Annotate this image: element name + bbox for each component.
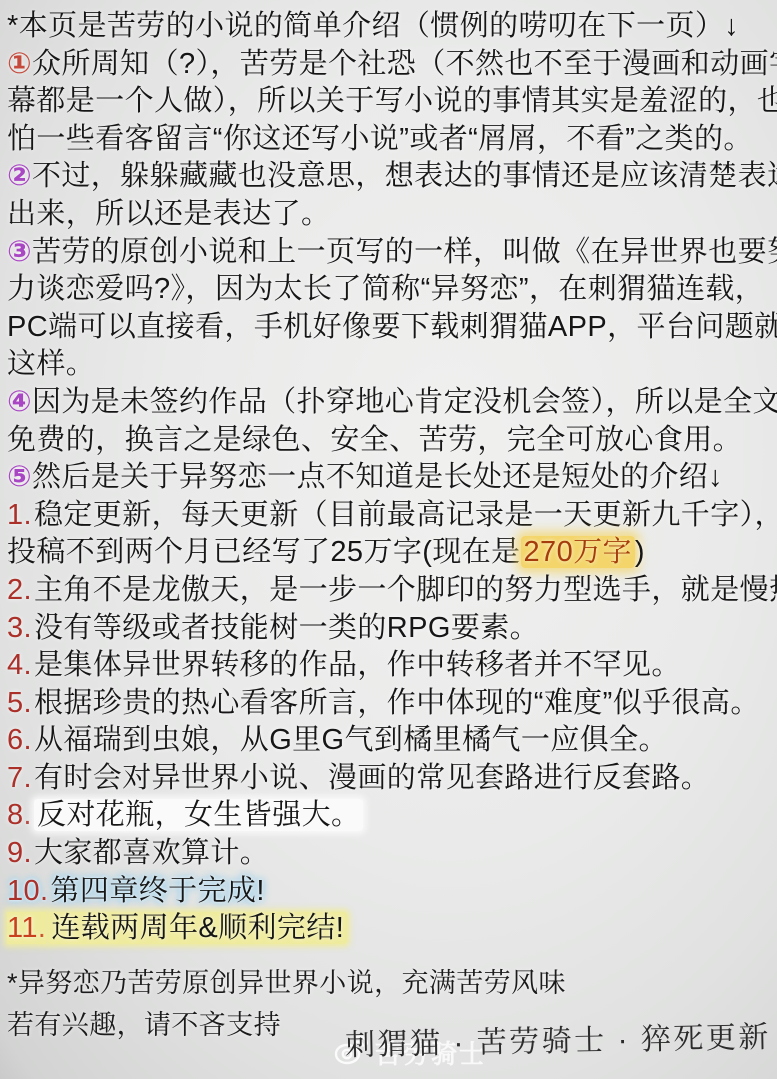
line-marker: 1.	[7, 499, 32, 531]
line-text: 力谈恋爱吗?》，因为太长了简称“异努恋”，在刺猬猫连载，	[7, 273, 764, 305]
line-text: 有时会对异世界小说、漫画的常见套路进行反套路。	[34, 762, 710, 794]
line-text: 连载两周年&顺利完结!	[48, 912, 347, 944]
line-text: 苦劳的原创小说和上一页写的一样，叫做《在异世界也要努	[32, 236, 777, 268]
line-text: 是集体异世界转移的作品，作中转移者并不罕见。	[34, 649, 681, 681]
line-text: 怕一些看客留言“你这还写小说”或者“屑屑，不看”之类的。	[7, 123, 753, 155]
line-marker: 4.	[7, 649, 32, 681]
text-line: 幕都是一个人做），所以关于写小说的事情其实是羞涩的，也	[7, 83, 777, 121]
text-line: 5.根据珍贵的热心看客所言，作中体现的“难度”似乎很高。	[7, 685, 777, 723]
footer-line-1: *异努恋乃苦劳原创异世界小说，充满苦劳风味	[7, 962, 566, 1004]
line-text: 这样。	[7, 348, 95, 380]
text-line: 力谈恋爱吗?》，因为太长了简称“异努恋”，在刺猬猫连载，	[7, 271, 777, 309]
text-line: 1.稳定更新，每天更新（目前最高记录是一天更新九千字），	[7, 497, 777, 535]
line-text: 免费的，换言之是绿色、安全、苦劳，完全可放心食用。	[7, 424, 742, 456]
line-marker: 11.	[7, 912, 46, 944]
text-line: 3.没有等级或者技能树一类的RPG要素。	[7, 610, 777, 648]
text-line: ②不过，躲躲藏藏也没意思，想表达的事情还是应该清楚表达	[7, 158, 777, 196]
text-line: ④因为是未签约作品（扑穿地心肯定没机会签），所以是全文	[7, 384, 777, 422]
text-line: 投稿不到两个月已经写了25万字(现在是270万字)	[7, 534, 777, 572]
text-line: ①众所周知（?），苦劳是个社恐（不然也不至于漫画和动画字	[7, 46, 777, 84]
line-text: 出来，所以还是表达了。	[7, 198, 330, 230]
line-text: 第四章终于完成!	[51, 875, 265, 907]
line-marker: ③	[7, 236, 32, 268]
line-marker: 10.	[7, 875, 49, 907]
text-line: 6.从福瑞到虫娘，从G里G气到橘里橘气一应俱全。	[7, 722, 777, 760]
line-marker: 9.	[7, 837, 32, 869]
line-marker: ④	[7, 386, 32, 418]
line-text: 然后是关于异努恋一点不知道是长处还是短处的介绍↓	[32, 461, 723, 493]
line-text: 从福瑞到虫娘，从G里G气到橘里橘气一应俱全。	[34, 724, 668, 756]
text-line: 2.主角不是龙傲天，是一步一个脚印的努力型选手，就是慢热。	[7, 572, 777, 610]
line-text: 本页是苦劳的小说的简单介绍（惯例的唠叨在下一页）↓	[19, 10, 740, 42]
line-text: 因为是未签约作品（扑穿地心肯定没机会签），所以是全文	[32, 386, 777, 418]
text-lines: *本页是苦劳的小说的简单介绍（惯例的唠叨在下一页）↓①众所周知（?），苦劳是个社…	[7, 8, 777, 948]
text-line: ⑤然后是关于异努恋一点不知道是长处还是短处的介绍↓	[7, 459, 777, 497]
line-text: 反对花瓶，女生皆强大。	[34, 799, 363, 831]
text-line: 9.大家都喜欢算计。	[7, 835, 777, 873]
line-marker: 2.	[7, 574, 32, 606]
line-marker: 5.	[7, 687, 32, 719]
text-line: 8.反对花瓶，女生皆强大。	[7, 797, 777, 835]
line-text: 主角不是龙傲天，是一步一个脚印的努力型选手，就是慢热。	[34, 574, 777, 606]
line-marker: 8.	[7, 799, 32, 831]
line-marker: ⑤	[7, 461, 32, 493]
line-marker: 7.	[7, 762, 32, 794]
line-marker: *	[7, 10, 19, 42]
line-text: PC端可以直接看，手机好像要下载刺猬猫APP，平台问题就是	[7, 311, 777, 343]
text-line: *本页是苦劳的小说的简单介绍（惯例的唠叨在下一页）↓	[7, 8, 777, 46]
line-text: 没有等级或者技能树一类的RPG要素。	[34, 612, 539, 644]
line-text: 投稿不到两个月已经写了25万字(现在是	[7, 536, 521, 568]
text-line: 免费的，换言之是绿色、安全、苦劳，完全可放心食用。	[7, 422, 777, 460]
author-signature: 刺猬猫 · 苦劳骑士 · 猝死更新	[345, 1012, 772, 1064]
line-marker: ①	[7, 48, 32, 80]
text-line: 4.是集体异世界转移的作品，作中转移者并不罕见。	[7, 647, 777, 685]
text-line: 11.连载两周年&顺利完结!	[7, 910, 777, 948]
line-text: 根据珍贵的热心看客所言，作中体现的“难度”似乎很高。	[34, 687, 760, 719]
text-line: 怕一些看客留言“你这还写小说”或者“屑屑，不看”之类的。	[7, 121, 777, 159]
text-line: PC端可以直接看，手机好像要下载刺猬猫APP，平台问题就是	[7, 309, 777, 347]
line-text: 众所周知（?），苦劳是个社恐（不然也不至于漫画和动画字	[32, 48, 777, 80]
line-text: 幕都是一个人做），所以关于写小说的事情其实是羞涩的，也	[7, 85, 777, 117]
text-line: ③苦劳的原创小说和上一页写的一样，叫做《在异世界也要努	[7, 234, 777, 272]
text-line: 出来，所以还是表达了。	[7, 196, 777, 234]
novel-intro-page: *本页是苦劳的小说的简单介绍（惯例的唠叨在下一页）↓①众所周知（?），苦劳是个社…	[0, 0, 777, 1079]
line-text: 270万字	[521, 536, 635, 568]
line-marker: ②	[7, 160, 32, 192]
text-line: 7.有时会对异世界小说、漫画的常见套路进行反套路。	[7, 760, 777, 798]
line-text: )	[635, 536, 645, 568]
line-text: 不过，躲躲藏藏也没意思，想表达的事情还是应该清楚表达	[32, 160, 777, 192]
text-line: 10.第四章终于完成!	[7, 873, 777, 911]
line-text: 大家都喜欢算计。	[34, 837, 269, 869]
text-line: 这样。	[7, 346, 777, 384]
line-marker: 3.	[7, 612, 32, 644]
line-marker: 6.	[7, 724, 32, 756]
line-text: 稳定更新，每天更新（目前最高记录是一天更新九千字），	[34, 499, 777, 531]
